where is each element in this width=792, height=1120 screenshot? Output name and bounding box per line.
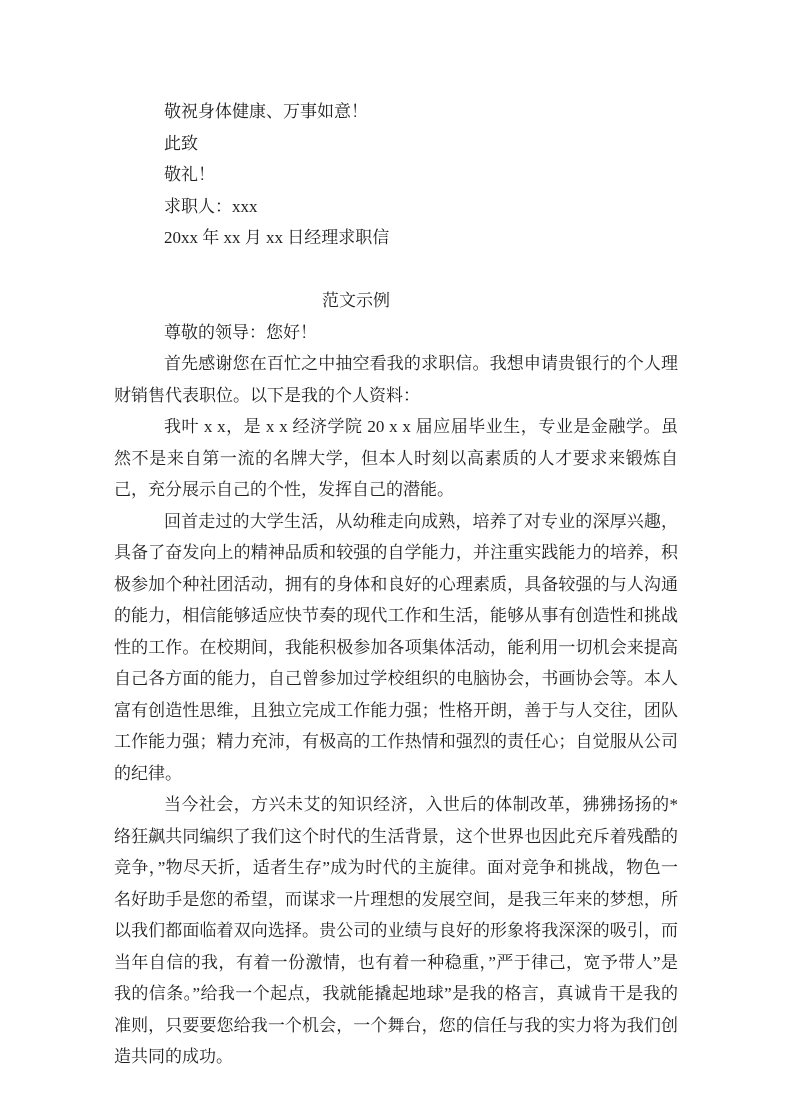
text-line: 尊敬的领导：您好！ — [114, 317, 678, 349]
paragraph: 当今社会，方兴未艾的知识经济，入世后的体制改革，狒狒扬扬的*络狂飙共同编织了我们… — [114, 789, 678, 1073]
paragraph: 首先感谢您在百忙之中抽空看我的求职信。我想申请贵银行的个人理财销售代表职位。以下… — [114, 348, 678, 411]
text-line: 敬礼！ — [114, 159, 678, 191]
paragraph: 回首走过的大学生活，从幼稚走向成熟，培养了对专业的深厚兴趣，具备了奋发向上的精神… — [114, 506, 678, 790]
blank-line — [114, 254, 678, 286]
paragraph: 我叶 x x，是 x x 经济学院 20 x x 届应届毕业生，专业是金融学。虽… — [114, 411, 678, 506]
letter-content: 敬祝身体健康、万事如意！此致敬礼！求职人：xxx20xx 年 xx 月 xx 日… — [114, 96, 678, 1073]
text-line: 敬祝身体健康、万事如意！ — [114, 96, 678, 128]
text-line: 此致 — [114, 128, 678, 160]
text-line: 求职人：xxx — [114, 191, 678, 223]
section-title: 范文示例 — [114, 285, 678, 317]
document-page: 敬祝身体健康、万事如意！此致敬礼！求职人：xxx20xx 年 xx 月 xx 日… — [0, 0, 792, 1120]
text-line: 20xx 年 xx 月 xx 日经理求职信 — [114, 222, 678, 254]
